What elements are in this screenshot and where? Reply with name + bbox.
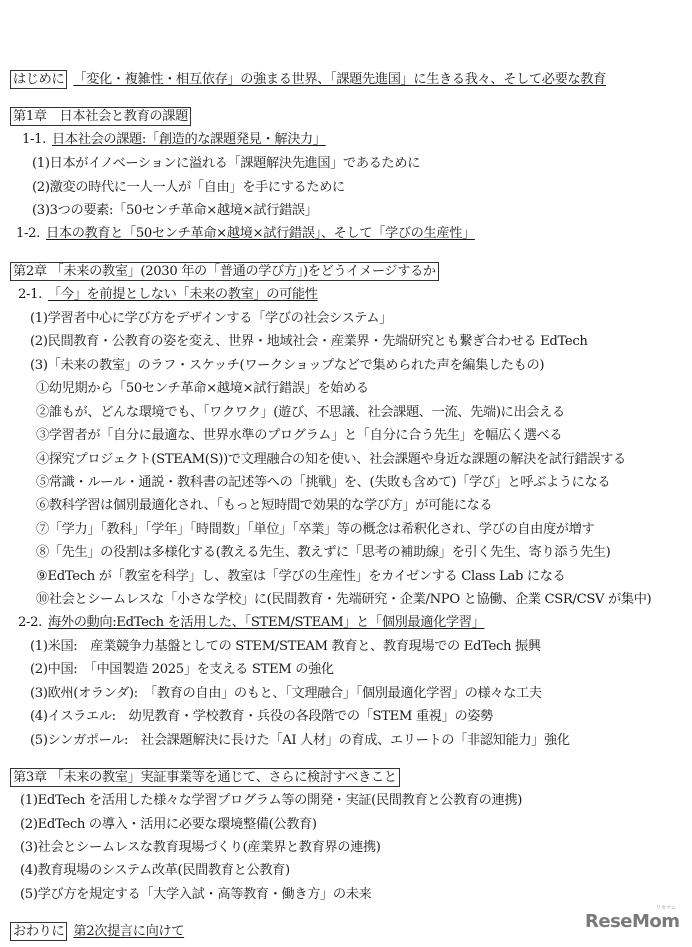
section-2-1: 2-1.「今」を前提としない「未来の教室」の可能性 xyxy=(18,286,318,304)
section-title: 海外の動向:EdTech を活用した、「STEM/STEAM」と「個別最適化学習… xyxy=(48,615,484,630)
sub-list-item: ⑨EdTech が「教室を科学」し、教室は「学びの生産性」をカイゼンする Cla… xyxy=(36,568,565,586)
watermark-ruby: リセマム xyxy=(656,904,676,911)
sub-list-item: ②誰もが、どんな環境でも、「ワクワク」(遊び、不思議、社会課題、一流、先端)に出… xyxy=(36,404,565,422)
section-2-2: 2-2.海外の動向:EdTech を活用した、「STEM/STEAM」と「個別最… xyxy=(18,614,484,632)
chapter1-label: 第1章 日本社会と教育の課題 xyxy=(10,107,191,126)
section-number: 2-2. xyxy=(18,615,42,630)
section-number: 1-2. xyxy=(16,226,40,241)
section-title: 「今」を前提としない「未来の教室」の可能性 xyxy=(48,287,318,302)
closing-line: おわりに第2次提言に向けて xyxy=(10,922,184,941)
chapter2-heading: 第2章 「未来の教室」(2030 年の「普通の学び方」)をどうイメージするか xyxy=(10,262,439,281)
sub-list-item: ③学習者が「自分に最適な、世界水準のプログラム」と「自分に合う先生」を幅広く選べ… xyxy=(36,427,562,445)
sub-list-item: ①幼児期から「50センチ革命×越境×試行錯誤」を始める xyxy=(36,380,369,398)
resemom-logo: ReseMom xyxy=(585,911,680,932)
list-item: (2)激変の時代に一人一人が「自由」を手にするために xyxy=(32,179,345,197)
section-number: 1-1. xyxy=(22,132,46,147)
intro-label: はじめに xyxy=(10,70,67,89)
list-item: (1)日本がイノベーションに溢れる「課題解決先進国」であるために xyxy=(32,155,420,173)
list-item: (5)学び方を規定する「大学入試・高等教育・働き方」の未来 xyxy=(20,886,371,904)
list-item: (3)社会とシームレスな教育現場づくり(産業界と教育界の連携) xyxy=(20,839,381,857)
list-item: (2)EdTech の導入・活用に必要な環境整備(公教育) xyxy=(20,816,317,834)
intro-title: 「変化・複雑性・相互依存」の強まる世界、「課題先進国」に生きる我々、そして必要な… xyxy=(73,72,606,87)
chapter3-label: 第3章 「未来の教室」実証事業等を通じて、さらに検討すべきこと xyxy=(10,768,400,787)
list-item: (3)3つの要素:「50センチ革命×越境×試行錯誤」 xyxy=(32,202,317,220)
list-item: (1)学習者中心に学び方をデザインする「学びの社会システム」 xyxy=(30,310,392,328)
sub-list-item: ④探究プロジェクト(STEAM(S))で文理融合の知を使い、社会課題や身近な課題… xyxy=(36,451,626,469)
list-item: (1)EdTech を活用した様々な学習プログラム等の開発・実証(民間教育と公教… xyxy=(20,792,522,810)
list-item: (4)イスラエル: 幼児教育・学校教育・兵役の各段階での「STEM 重視」の姿勢 xyxy=(30,708,493,726)
section-title: 日本社会の課題:「創造的な課題発見・解決力」 xyxy=(52,132,326,147)
sub-list-item: ⑦「学力」「教科」「学年」「時間数」「単位」「卒業」等の概念は希釈化され、学びの… xyxy=(36,521,594,539)
list-item: (5)シンガポール: 社会課題解決に長けた「AI 人材」の育成、エリートの「非認… xyxy=(30,732,570,750)
list-item: (4)教育現場のシステム改革(民間教育と公教育) xyxy=(20,862,290,880)
list-item: (2)中国: 「中国製造 2025」を支える STEM の強化 xyxy=(30,661,334,679)
section-title: 日本の教育と「50センチ革命×越境×試行錯誤」、そして「学びの生産性」 xyxy=(46,226,475,241)
section-1-1: 1-1.日本社会の課題:「創造的な課題発見・解決力」 xyxy=(22,131,326,149)
chapter1-heading: 第1章 日本社会と教育の課題 xyxy=(10,107,191,126)
list-item: (1)米国: 産業競争力基盤としての STEM/STEAM 教育と、教育現場での… xyxy=(30,638,541,656)
closing-label: おわりに xyxy=(10,922,67,941)
section-number: 2-1. xyxy=(18,287,42,302)
section-1-2: 1-2.日本の教育と「50センチ革命×越境×試行錯誤」、そして「学びの生産性」 xyxy=(16,225,475,243)
list-item: (3)欧州(オランダ): 「教育の自由」のもと、「文理融合」「個別最適化学習」の… xyxy=(30,685,542,703)
closing-title: 第2次提言に向けて xyxy=(73,924,184,939)
list-item: (3)「未来の教室」のラフ・スケッチ(ワークショップなどで集められた声を編集した… xyxy=(30,357,544,375)
chapter2-label: 第2章 「未来の教室」(2030 年の「普通の学び方」)をどうイメージするか xyxy=(10,262,439,281)
sub-list-item: ⑩社会とシームレスな「小さな学校」に(民間教育・先端研究・企業/NPO と協働、… xyxy=(36,591,651,609)
chapter3-heading: 第3章 「未来の教室」実証事業等を通じて、さらに検討すべきこと xyxy=(10,768,400,787)
sub-list-item: ⑥教科学習は個別最適化され、「もっと短時間で効果的な学び方」が可能になる xyxy=(36,497,492,515)
sub-list-item: ⑧「先生」の役割は多様化する(教える先生、教えずに「思考の補助線」を引く先生、寄… xyxy=(36,544,610,562)
intro-line: はじめに「変化・複雑性・相互依存」の強まる世界、「課題先進国」に生きる我々、そし… xyxy=(10,70,606,89)
list-item: (2)民間教育・公教育の姿を変え、世界・地域社会・産業界・先端研究とも繋ぎ合わせ… xyxy=(30,333,588,351)
sub-list-item: ⑤常識・ルール・通説・教科書の記述等への「挑戦」を、(失敗も含めて)「学び」と呼… xyxy=(36,474,610,492)
